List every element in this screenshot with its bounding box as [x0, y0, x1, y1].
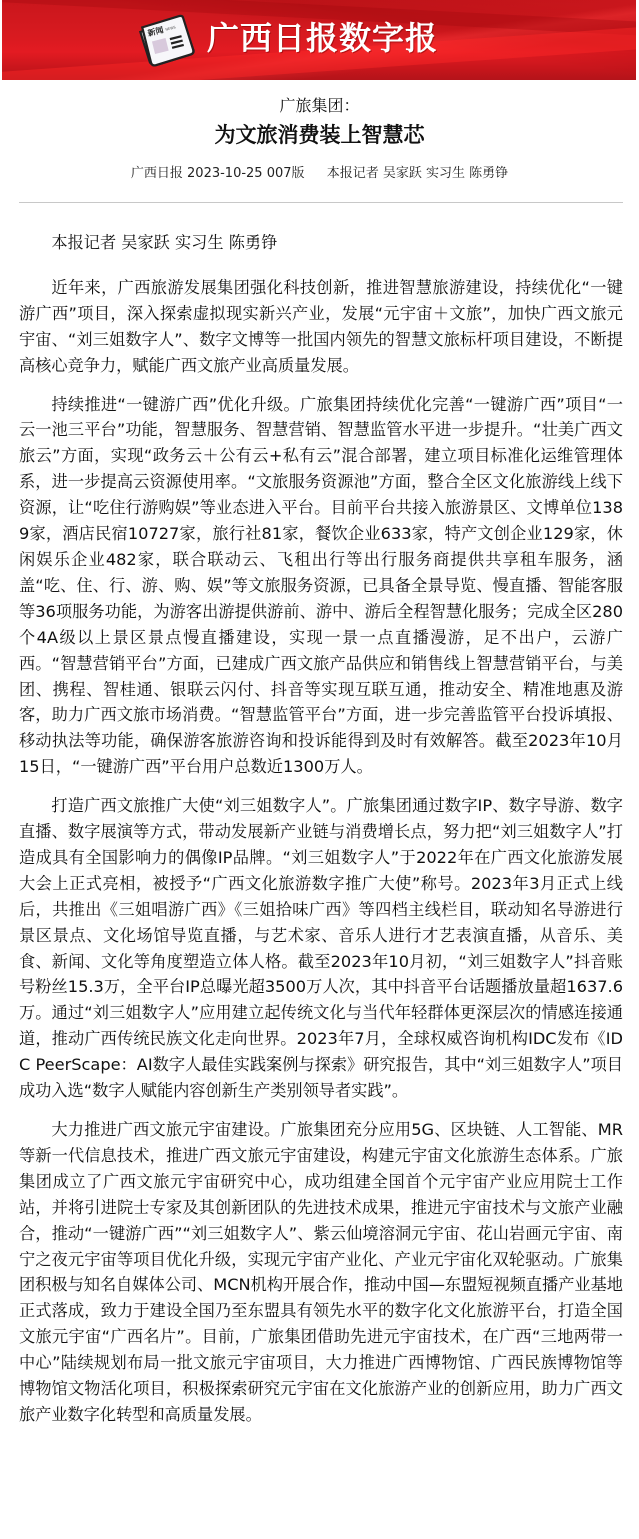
- article-body: 本报记者 吴家跃 实习生 陈勇铮 近年来，广西旅游发展集团强化科技创新，推进智慧…: [19, 230, 623, 1441]
- newspaper-icon: 新闻 NEWS: [135, 12, 197, 68]
- meta-source: 广西日报: [131, 166, 183, 181]
- meta-date: 2023-10-25: [187, 166, 263, 181]
- masthead-title: 广西日报数字报: [207, 15, 438, 61]
- article-paragraph: 持续推进“一键游广西”优化升级。广旅集团持续优化完善“一键游广西”项目“一云一池…: [19, 392, 623, 781]
- masthead-banner: 新闻 NEWS 广西日报数字报: [2, 0, 636, 80]
- header-divider: [19, 202, 623, 203]
- article-byline: 本报记者 吴家跃 实习生 陈勇铮: [19, 230, 623, 256]
- article-paragraph: 打造广西文旅推广大使“刘三姐数字人”。广旅集团通过数字IP、数字导游、数字直播、…: [19, 793, 623, 1104]
- meta-page: 007版: [267, 166, 305, 181]
- article-paragraph: 大力推进广西文旅元宇宙建设。广旅集团充分应用5G、区块链、人工智能、MR等新一代…: [19, 1117, 623, 1428]
- meta-authors: 本报记者 吴家跃 实习生 陈勇铮: [327, 166, 508, 181]
- article-meta: 广西日报 2023-10-25 007版 本报记者 吴家跃 实习生 陈勇铮: [0, 164, 639, 184]
- article-headline: 为文旅消费装上智慧芯: [0, 120, 639, 150]
- article-paragraph: 近年来，广西旅游发展集团强化科技创新，推进智慧旅游建设，持续优化“一键游广西”项…: [19, 275, 623, 379]
- article-subtitle: 广旅集团：: [0, 95, 639, 117]
